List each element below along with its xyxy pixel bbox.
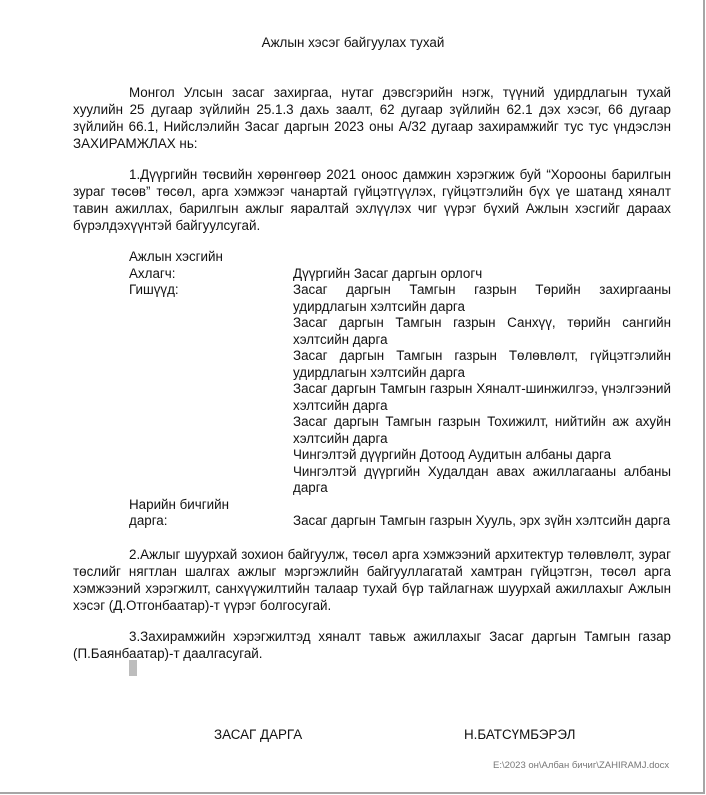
member-item: Засаг даргын Тамгын газрын Төлөвлөлт, гү… — [293, 348, 671, 381]
member-row: Засаг даргын Тамгын газрын Тохижилт, ний… — [129, 414, 671, 447]
member-item: Засаг даргын Тамгын газрын Тохижилт, ний… — [293, 414, 671, 447]
signature-name: Н.БАТСҮМБЭРЭЛ — [464, 727, 575, 742]
item-1-text: 1.Дүүргийн төсвийн хөрөнгөөр 2021 оноос … — [73, 167, 671, 233]
member-item: Засаг даргын Тамгын газрын Санхүү, төрий… — [293, 315, 671, 348]
member-row: Чингэлтэй дүүргийн Дотоод Аудитын албаны… — [129, 447, 671, 464]
member-row: Гишүүд: Засаг даргын Тамгын газрын Төрий… — [129, 282, 671, 315]
members-label: Гишүүд: — [129, 282, 293, 315]
document-title: Ажлын хэсэг байгуулах тухай — [0, 35, 706, 50]
secretary-label-line1: Нарийн бичгийн — [129, 497, 293, 514]
signature-position: ЗАСАГ ДАРГА — [214, 727, 302, 742]
preamble-paragraph: Монгол Улсын засаг захиргаа, нутаг дэвсг… — [73, 84, 671, 152]
member-item: Засаг даргын Тамгын газрын Хяналт-шинжил… — [293, 381, 671, 414]
preamble-text: Монгол Улсын засаг захиргаа, нутаг дэвсг… — [73, 85, 671, 151]
committee-heading: Ажлын хэсгийн — [129, 249, 293, 266]
member-row: Засаг даргын Тамгын газрын Төлөвлөлт, гү… — [129, 348, 671, 381]
secretary-label-line2: дарга: — [129, 513, 293, 530]
chair-value: Дүүргийн Засаг даргын орлогч — [293, 266, 671, 283]
member-item: Засаг даргын Тамгын газрын Төрийн захирг… — [293, 282, 671, 315]
item-2-text: 2.Ажлыг шуурхай зохион байгуулж, төсөл а… — [73, 547, 671, 613]
document-page: Ажлын хэсэг байгуулах тухай Монгол Улсын… — [0, 0, 705, 794]
chair-label: Ахлагч: — [129, 266, 293, 283]
item-2-paragraph: 2.Ажлыг шуурхай зохион байгуулж, төсөл а… — [73, 546, 671, 614]
secretary-value: Засаг даргын Тамгын газрын Хууль, эрх зү… — [293, 513, 671, 530]
secretary-label-row: Нарийн бичгийн — [129, 497, 671, 514]
text-cursor[interactable] — [129, 660, 137, 676]
item-3-text: 3.Захирамжийн хэрэгжилтэд хяналт тавьж а… — [73, 629, 671, 661]
member-row: Засаг даргын Тамгын газрын Хяналт-шинжил… — [129, 381, 671, 414]
file-path-footer: E:\2023 он\Албан бичиг\ZAHIRAMJ.docx — [493, 760, 669, 771]
item-1-paragraph: 1.Дүүргийн төсвийн хөрөнгөөр 2021 оноос … — [73, 166, 671, 234]
member-row: Засаг даргын Тамгын газрын Санхүү, төрий… — [129, 315, 671, 348]
member-item: Чингэлтэй дүүргийн Худалдан авах ажиллаг… — [293, 464, 671, 497]
chair-row: Ахлагч: Дүүргийн Засаг даргын орлогч — [129, 266, 671, 283]
member-item: Чингэлтэй дүүргийн Дотоод Аудитын албаны… — [293, 447, 671, 464]
committee-list: Ажлын хэсгийн Ахлагч: Дүүргийн Засаг дар… — [129, 249, 671, 530]
secretary-row: дарга: Засаг даргын Тамгын газрын Хууль,… — [129, 513, 671, 530]
item-3-paragraph: 3.Захирамжийн хэрэгжилтэд хяналт тавьж а… — [73, 628, 671, 662]
committee-heading-row: Ажлын хэсгийн — [129, 249, 671, 266]
member-row: Чингэлтэй дүүргийн Худалдан авах ажиллаг… — [129, 464, 671, 497]
